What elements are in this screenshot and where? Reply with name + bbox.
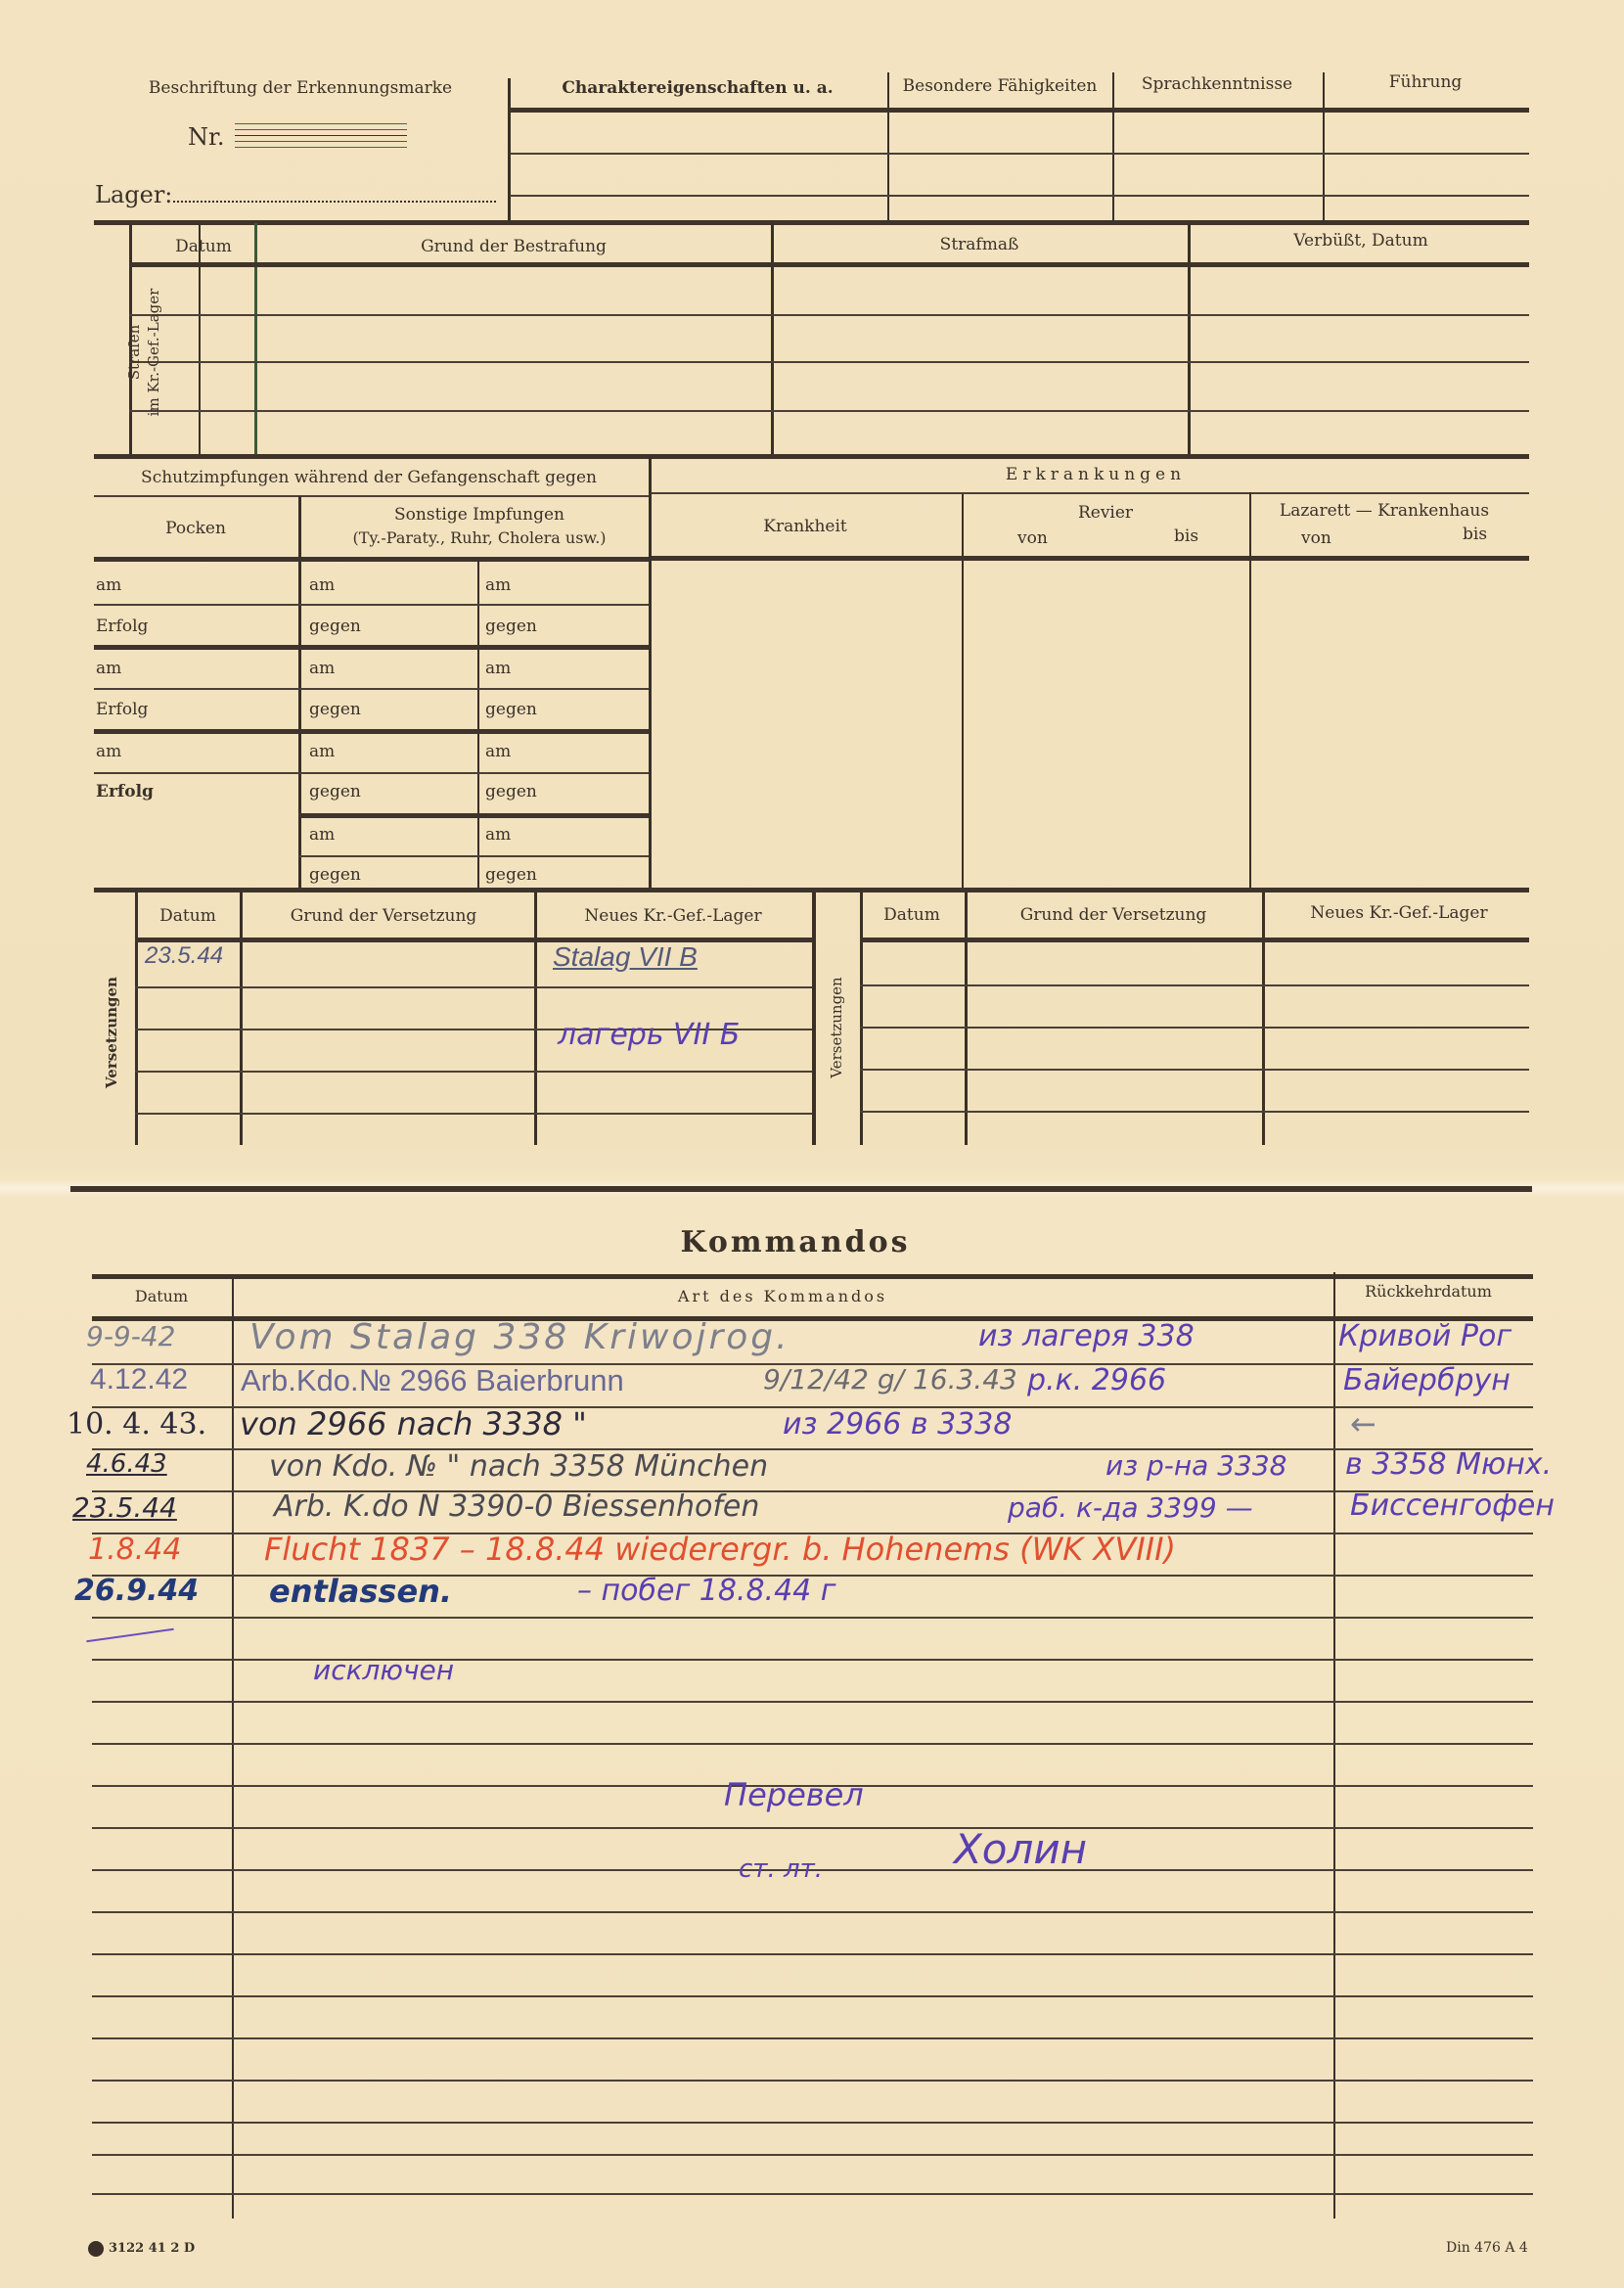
sonstige-a-gegen-3: gegen [309,782,361,801]
grid-line [94,557,649,562]
impfungen-title: Schutzimpfungen während der Gefangenscha… [141,468,597,487]
din-format: Din 476 A 4 [1446,2240,1528,2256]
kommando-art-5: Arb. K.do N 3390-0 Biessenhofen [274,1489,759,1524]
grid-line [92,2037,1533,2039]
grid-line [1112,72,1114,220]
kommando-art-ru-2: р.к. 2966 [1027,1363,1166,1397]
grid-line [860,984,1529,986]
grid-line [135,1071,812,1073]
grid-line [92,1911,1533,1913]
pocken-am-3: am [96,742,121,761]
grid-line [92,1995,1533,1997]
grid-line [860,892,863,1145]
pocken-am-2: am [96,659,121,678]
lager-field[interactable] [173,201,496,203]
grid-line [1333,1272,1335,2219]
grid-line [860,1111,1529,1113]
grid-line [649,457,652,891]
kommando-art-ru-5: раб. к-да 3399 — [1008,1491,1253,1524]
versetzung-lager-1: Stalag VII B [553,941,698,973]
grid-line [135,986,812,988]
translator-title: ст. лт. [739,1854,823,1884]
pocken-erfolg-3: Erfolg [96,782,154,801]
grid-line [477,560,479,888]
kommando-art-ru-4: из р-на 3338 [1105,1449,1287,1482]
kommando-art-note-2: 9/12/42 g/ 16.3.43 [763,1363,1017,1396]
versetzungen-side-label-left: Versetzungen [102,935,121,1130]
grid-line [298,813,649,818]
erkrankungen-title: Erkrankungen [1006,465,1186,484]
grid-line [92,1701,1533,1703]
kommando-art-3: von 2966 nach 3338 " [240,1405,587,1442]
sonstige-a-am-3: am [309,742,335,761]
grid-line [771,223,774,454]
nr-field[interactable] [235,123,407,151]
grid-line [129,410,1529,412]
grid-line [652,556,1529,561]
kommando-datum-5: 23.5.44 [72,1491,177,1524]
col-grund-der-bestrafung: Grund der Bestrafung [421,237,607,256]
grid-line [94,688,649,690]
col-neues-lager-right: Neues Kr.-Gef.-Lager [1310,903,1487,923]
sonstige-a-am-4: am [309,825,335,845]
lazarett-bis: bis [1463,525,1487,544]
kommando-art-ru-3: из 2966 в 3338 [783,1407,1012,1441]
revier-von: von [1017,528,1048,548]
pocken-am-1: am [96,575,121,595]
grid-line [92,1659,1533,1661]
strafen-side-label-1: Strafen [124,254,144,450]
sonstige-b-am-3: am [485,742,511,761]
sonstige-a-gegen-1: gegen [309,617,361,636]
strafen-side-label: Strafen im Kr.-Gef.-Lager [124,254,163,450]
kommando-rueckkehr-1: Кривой Рог [1338,1319,1511,1353]
sonstige-b-gegen-1: gegen [485,617,537,636]
grid-line [508,78,511,220]
kommando-art-4: von Kdo. № " nach 3358 München [269,1449,768,1484]
kommando-art-ru-7: – побег 18.8.44 г [577,1574,836,1608]
kommando-art-6: Flucht 1837 – 18.8.44 wiederergr. b. Hoh… [264,1531,1176,1568]
grid-line [652,492,1529,494]
sonstige-a-am-1: am [309,575,335,595]
col-charaktereigenschaften: Charaktereigenschaften u. a. [562,78,833,98]
kommando-datum-6: 1.8.44 [88,1533,181,1567]
grid-line [199,223,201,454]
strafen-side-label-2: im Kr.-Gef.-Lager [144,254,163,450]
kommando-rueckkehr-5: Биссенгофен [1350,1488,1555,1523]
grid-line [129,361,1529,363]
grid-line [813,892,816,1145]
grid-line [298,855,649,857]
grid-line [965,892,968,1145]
col-besondere-faehigkeiten: Besondere Fähigkeiten [903,76,1098,96]
sonstige-a-am-2: am [309,659,335,678]
sonstige-b-am-2: am [485,659,511,678]
pocken-erfolg-1: Erfolg [96,617,148,636]
grid-line [1323,72,1325,220]
grid-line [94,645,649,650]
col-krankheit: Krankheit [763,517,847,536]
grid-line [254,223,257,454]
grid-line [92,1274,1533,1279]
grid-line [1262,892,1265,1145]
grid-line [94,454,1529,459]
grid-line [92,1617,1533,1619]
col-art-des-kommandos: Art des Kommandos [678,1287,887,1305]
translator-label: Перевел [724,1776,864,1813]
col-sonstige-impfungen-sub: (Ty.-Paraty., Ruhr, Cholera usw.) [352,528,606,547]
grid-line [135,892,138,1145]
grid-line [92,1953,1533,1955]
col-datum: Datum [175,237,232,256]
kommando-rueckkehr-4: в 3358 Мюнх. [1345,1447,1552,1482]
kommando-datum-3: 10. 4. 43. [67,1407,206,1441]
lazarett-von: von [1301,528,1331,548]
printer-mark-icon [88,2241,104,2257]
col-neues-lager-left: Neues Kr.-Gef.-Lager [584,906,761,926]
grid-line [510,153,1529,155]
grid-line [92,2080,1533,2082]
col-pocken: Pocken [165,519,226,538]
sonstige-b-gegen-2: gegen [485,700,537,719]
kommando-note-line: исключен [313,1654,454,1686]
grid-line [860,1069,1529,1071]
versetzung-datum-1: 23.5.44 [145,942,223,970]
lager-label: Lager: [95,181,172,208]
versetzungen-side-label-right: Versetzungen [827,930,846,1125]
kommando-datum-1: 9-9-42 [86,1320,175,1352]
col-datum-right: Datum [883,905,940,925]
grid-line [962,494,964,888]
erkennungsmarke-label: Beschriftung der Erkennungsmarke [149,78,452,98]
col-sonstige-impfungen: Sonstige Impfungen [394,505,564,525]
col-sprachkenntnisse: Sprachkenntnisse [1142,74,1292,94]
col-revier: Revier [1078,503,1133,523]
kommando-art-ru-1: из лагеря 338 [978,1319,1195,1353]
grid-line [92,2193,1533,2195]
grid-line [94,220,1529,225]
grid-line [92,1743,1533,1745]
sonstige-b-gegen-3: gegen [485,782,537,801]
kommando-datum-7: 26.9.44 [74,1574,199,1608]
versetzung-lager-2: лагерь VII Б [558,1018,740,1052]
kommando-rueckkehr-2: Байербрун [1343,1363,1511,1397]
sonstige-a-gegen-4: gegen [309,865,361,885]
nr-label: Nr. [188,123,224,151]
grid-line [94,772,649,774]
sonstige-b-am-4: am [485,825,511,845]
grid-line [129,314,1529,316]
sonstige-b-am-1: am [485,575,511,595]
grid-line [94,729,649,734]
grid-line [534,892,537,1145]
section-divider [70,1186,1532,1192]
kommando-datum-2: 4.12.42 [90,1363,188,1396]
form-number: 3122 41 2 D [109,2241,195,2256]
grid-line [92,2122,1533,2124]
grid-line [232,1279,234,2219]
col-verbuesst-datum: Verbüßt, Datum [1293,231,1427,251]
grid-line [240,892,243,1145]
revier-bis: bis [1174,526,1198,546]
grid-line [860,1027,1529,1029]
grid-line [1188,223,1191,454]
grid-line [94,495,649,497]
translator-signature: Холин [954,1825,1087,1873]
kommando-rueckkehr-3: ← [1350,1405,1376,1442]
col-grund-der-versetzung-right: Grund der Versetzung [1020,905,1207,925]
kommando-art-7: entlassen. [269,1573,452,1610]
col-strafmass: Strafmaß [940,235,1019,254]
col-lazarett-krankenhaus: Lazarett — Krankenhaus [1280,501,1489,521]
grid-line [92,2154,1533,2156]
grid-line [510,195,1529,197]
col-datum: Datum [135,1287,188,1305]
col-grund-der-versetzung-left: Grund der Versetzung [291,906,477,926]
sonstige-a-gegen-2: gegen [309,700,361,719]
kommandos-title: Kommandos [680,1225,910,1259]
grid-line [129,262,1529,267]
kommando-art-1: Vom Stalag 338 Kriwojrog. [249,1317,790,1357]
grid-line [135,1113,812,1115]
col-rueckkehrdatum: Rückkehrdatum [1365,1282,1492,1301]
grid-line [92,1827,1533,1829]
kommando-art-2: Arb.Kdo.№ 2966 Baierbrunn [241,1363,624,1398]
grid-line [135,938,812,942]
grid-line [298,496,301,888]
grid-line [860,938,1529,942]
grid-line [1249,492,1251,888]
grid-line [94,604,649,606]
pocken-erfolg-2: Erfolg [96,700,148,719]
kommando-datum-4: 4.6.43 [86,1449,167,1479]
grid-line [887,72,889,220]
grid-line [510,108,1529,113]
sonstige-b-gegen-4: gegen [485,865,537,885]
col-fuehrung: Führung [1389,72,1463,92]
col-datum-left: Datum [159,906,216,926]
